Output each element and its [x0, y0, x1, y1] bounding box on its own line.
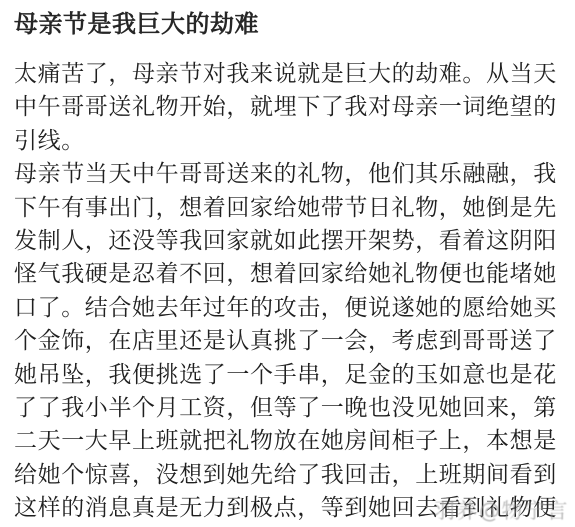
- post-body: 太痛苦了，母亲节对我来说就是巨大的劫难。从当天中午哥哥送礼物开始，就埋下了我对母…: [14, 58, 561, 526]
- post-paragraph: 母亲节当天中午哥哥送来的礼物，他们其乐融融，我下午有事出门，想着回家给她带节日礼…: [14, 158, 561, 525]
- text-post: 母亲节是我巨大的劫难 太痛苦了，母亲节对我来说就是巨大的劫难。从当天中午哥哥送礼…: [0, 0, 575, 527]
- post-title: 母亲节是我巨大的劫难: [14, 9, 561, 39]
- post-paragraph: 太痛苦了，母亲节对我来说就是巨大的劫难。从当天中午哥哥送礼物开始，就埋下了我对母…: [14, 58, 561, 158]
